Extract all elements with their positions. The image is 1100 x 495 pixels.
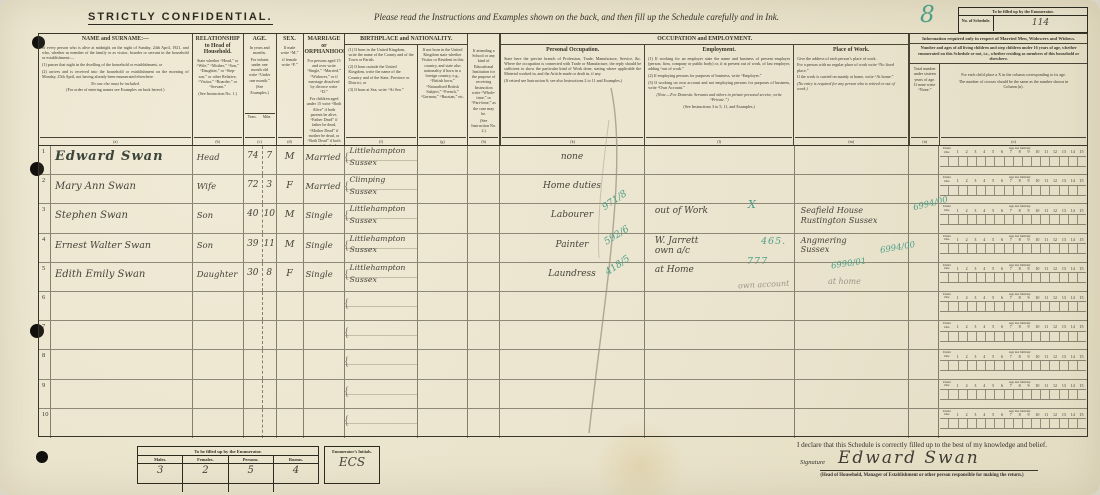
cell-birthplace: ClimpingSussex — [345, 175, 418, 203]
tally-value: 2 — [183, 464, 227, 476]
column-letter: (n) — [911, 137, 938, 145]
age-number: 8 — [1015, 179, 1024, 184]
age-tick-box — [968, 361, 977, 370]
age-tick-box — [1041, 302, 1050, 311]
cell-age — [244, 409, 277, 438]
age-number: 14 — [1068, 296, 1077, 301]
age-number: 9 — [1024, 179, 1033, 184]
cell-children-age-grid: Under One Age last birthday 123456789101… — [939, 380, 1087, 408]
age-number: 6 — [998, 209, 1007, 214]
column-header-sex: SEX. If male write “M,” if female write … — [277, 34, 304, 145]
age-tick-box — [949, 419, 958, 428]
row-number: 6 — [39, 292, 51, 320]
age-tick-box — [1078, 273, 1086, 282]
column-header-personal-occupation: Personal Occupation. State here the prec… — [501, 45, 645, 145]
age-number: 3 — [971, 267, 980, 272]
cell-place-of-work — [795, 380, 910, 408]
age-number: 6 — [998, 325, 1007, 330]
age-tick-box — [1050, 273, 1059, 282]
table-body: 1 Edward Swan Head 747 M Married Littleh… — [39, 146, 1087, 436]
age-tick-box — [1023, 302, 1032, 311]
age-number: 1 — [953, 384, 962, 389]
age-number-row: 123456789101112131415 — [953, 296, 1086, 301]
age-tick-box — [977, 361, 986, 370]
table-row: 4 Ernest Walter Swan Son 3911 M Single L… — [39, 234, 1087, 263]
age-number: 1 — [953, 238, 962, 243]
age-number: 10 — [1033, 179, 1042, 184]
age-tick-boxes — [940, 360, 1086, 371]
cell-marriage: Single — [304, 234, 346, 262]
age-number: 5 — [989, 209, 998, 214]
age-number: 12 — [1051, 179, 1060, 184]
age-tick-box — [1032, 361, 1041, 370]
tally-value: 5 — [229, 464, 273, 476]
cell-relationship: Head — [193, 146, 244, 174]
age-tick-box — [949, 302, 958, 311]
cell-place-of-work: Seafield HouseRustington Sussex — [795, 204, 910, 232]
age-tick-box — [949, 273, 958, 282]
age-number: 10 — [1033, 413, 1042, 418]
age-number: 15 — [1077, 384, 1086, 389]
age-tick-box — [995, 244, 1004, 253]
age-number: 9 — [1024, 238, 1033, 243]
column-letter: (a) — [40, 137, 191, 145]
age-number: 9 — [1024, 355, 1033, 360]
age-number: 4 — [980, 150, 989, 155]
cell-relationship — [193, 380, 244, 408]
age-tick-box — [1060, 361, 1069, 370]
age-tick-box — [1069, 361, 1078, 370]
age-tick-box — [1060, 273, 1069, 282]
cell-birthplace — [345, 292, 418, 320]
under-one-label: Under One — [940, 410, 953, 418]
age-number: 2 — [962, 209, 971, 214]
column-header-school: If attending a School or any kind of Edu… — [468, 34, 500, 145]
column-header-relationship: RELATIONSHIP to Head of Household. State… — [193, 34, 244, 145]
age-number: 3 — [971, 150, 980, 155]
cell-name: Mary Ann Swan — [51, 175, 193, 203]
cell-marriage — [304, 409, 346, 438]
age-number: 14 — [1068, 413, 1077, 418]
age-number: 6 — [998, 296, 1007, 301]
enumerator-tally-box: To be filled up by the Enumerator. Males… — [137, 446, 319, 484]
age-tick-box — [1069, 273, 1078, 282]
age-tick-box — [1005, 186, 1014, 195]
age-number: 7 — [1006, 209, 1015, 214]
age-tick-box — [1023, 273, 1032, 282]
under-one-label: Under One — [940, 293, 953, 301]
age-tick-box — [959, 186, 968, 195]
age-tick-box — [940, 215, 949, 224]
age-tick-box — [977, 244, 986, 253]
age-number: 4 — [980, 384, 989, 389]
tally-label: Females. — [183, 456, 227, 464]
age-number: 12 — [1051, 267, 1060, 272]
age-tick-box — [1005, 302, 1014, 311]
age-number: 8 — [1015, 413, 1024, 418]
cell-name: Stephen Swan — [51, 204, 193, 232]
table-row: 5 Edith Emily Swan Daughter 308 F Single… — [39, 263, 1087, 292]
age-tick-box — [1023, 186, 1032, 195]
age-tick-boxes — [940, 214, 1086, 225]
age-number-row: 123456789101112131415 — [953, 209, 1086, 214]
column-letter: (g) — [419, 137, 467, 145]
confidential-heading: STRICTLY CONFIDENTIAL. — [88, 11, 273, 25]
under-one-label: Under One — [940, 147, 953, 155]
tally-label: Rooms. — [274, 456, 318, 464]
initials-label: Enumerator’s Initials. — [325, 447, 379, 455]
column-header-employment: Employment. (1) If working for an employ… — [645, 45, 794, 145]
cell-marriage — [304, 292, 346, 320]
cell-marriage: Married — [304, 175, 346, 203]
age-tick-box — [1078, 361, 1086, 370]
age-tick-box — [959, 302, 968, 311]
age-tick-box — [959, 419, 968, 428]
cell-total-children — [909, 292, 939, 320]
age-number: 7 — [1006, 267, 1015, 272]
age-number: 10 — [1033, 150, 1042, 155]
age-number: 1 — [953, 179, 962, 184]
age-number: 5 — [989, 179, 998, 184]
age-tick-box — [1078, 215, 1086, 224]
age-tick-box — [1041, 273, 1050, 282]
cell-age — [244, 321, 277, 349]
age-number: 4 — [980, 209, 989, 214]
census-table: NAME and SURNAME:— of every person who i… — [38, 33, 1088, 437]
age-number: 14 — [1068, 179, 1077, 184]
under-one-label: Under One — [940, 322, 953, 330]
age-tick-box — [1069, 186, 1078, 195]
cell-marriage — [304, 321, 346, 349]
cell-sex — [277, 380, 304, 408]
age-tick-box — [1050, 390, 1059, 399]
age-tick-box — [1041, 390, 1050, 399]
age-number: 1 — [953, 267, 962, 272]
age-tick-box — [1069, 157, 1078, 166]
cell-employment — [645, 292, 795, 320]
age-tick-box — [1041, 332, 1050, 341]
cell-sex — [277, 350, 304, 378]
cell-employment — [645, 175, 795, 203]
age-number: 10 — [1033, 325, 1042, 330]
age-number: 7 — [1006, 384, 1015, 389]
age-tick-box — [1032, 244, 1041, 253]
enumerator-box-title: To be filled up by the Enumerator. — [138, 447, 318, 456]
age-number: 15 — [1077, 150, 1086, 155]
cell-relationship — [193, 350, 244, 378]
age-number: 12 — [1051, 384, 1060, 389]
age-tick-box — [959, 273, 968, 282]
cell-relationship — [193, 292, 244, 320]
age-tick-box — [1041, 157, 1050, 166]
table-row: 9 Under One Age last birthday 1234567891… — [39, 380, 1087, 409]
cell-total-children — [909, 350, 939, 378]
age-number: 14 — [1068, 325, 1077, 330]
table-row: 6 Under One Age last birthday 1234567891… — [39, 292, 1087, 321]
age-tick-box — [1060, 157, 1069, 166]
age-number: 11 — [1042, 179, 1051, 184]
age-number: 13 — [1059, 413, 1068, 418]
under-one-label: Under One — [940, 235, 953, 243]
schedule-number-value: 114 — [994, 16, 1087, 31]
age-number: 4 — [980, 296, 989, 301]
table-header: NAME and SURNAME:— of every person who i… — [39, 34, 1087, 146]
cell-employment — [645, 350, 795, 378]
cell-birthplace — [345, 321, 418, 349]
cell-nationality — [418, 409, 468, 438]
age-tick-box — [977, 302, 986, 311]
age-number: 11 — [1042, 150, 1051, 155]
age-number: 9 — [1024, 209, 1033, 214]
tally-value: 3 — [138, 464, 182, 476]
age-tick-box — [986, 273, 995, 282]
census-schedule-page: STRICTLY CONFIDENTIAL. Please read the I… — [0, 0, 1100, 495]
cell-children-age-grid: Under One Age last birthday 123456789101… — [939, 204, 1087, 232]
cell-name — [51, 292, 193, 320]
cell-school — [468, 350, 500, 378]
under-one-label: Under One — [940, 381, 953, 389]
tally-columns: Males.3Females.2Persons.5Rooms.4 — [138, 456, 318, 492]
age-tick-box — [1078, 332, 1086, 341]
cell-school — [468, 409, 500, 438]
age-tick-box — [1014, 157, 1023, 166]
cell-marriage: Single — [304, 263, 346, 291]
age-number: 9 — [1024, 413, 1033, 418]
age-tick-box — [949, 157, 958, 166]
cell-birthplace — [345, 350, 418, 378]
age-number: 13 — [1059, 150, 1068, 155]
age-number: 11 — [1042, 413, 1051, 418]
cell-age: 4010 — [244, 204, 277, 232]
column-header-total-children: Total number under sixteen years of age.… — [910, 64, 940, 145]
cell-occupation — [500, 380, 645, 408]
cell-age — [244, 350, 277, 378]
age-number: 3 — [971, 413, 980, 418]
age-number: 15 — [1077, 296, 1086, 301]
age-number: 13 — [1059, 384, 1068, 389]
age-number: 5 — [989, 238, 998, 243]
age-tick-box — [986, 332, 995, 341]
age-number: 8 — [1015, 267, 1024, 272]
age-tick-box — [1005, 390, 1014, 399]
age-tick-box — [1023, 361, 1032, 370]
age-tick-box — [1078, 244, 1086, 253]
age-number: 9 — [1024, 325, 1033, 330]
age-tick-box — [1069, 332, 1078, 341]
age-tick-box — [1050, 419, 1059, 428]
age-tick-box — [968, 273, 977, 282]
age-number: 11 — [1042, 384, 1051, 389]
age-number: 7 — [1006, 355, 1015, 360]
table-row: 8 Under One Age last birthday 1234567891… — [39, 350, 1087, 379]
column-letter: (h) — [469, 137, 498, 145]
cell-children-age-grid: Under One Age last birthday 123456789101… — [939, 263, 1087, 291]
cell-sex — [277, 292, 304, 320]
age-number: 3 — [971, 209, 980, 214]
age-tick-box — [1041, 419, 1050, 428]
age-number: 1 — [953, 209, 962, 214]
initials-value: ECS — [325, 455, 379, 469]
cell-school — [468, 234, 500, 262]
signature-value: Edward Swan — [838, 448, 980, 468]
age-tick-box — [1050, 244, 1059, 253]
age-number: 1 — [953, 325, 962, 330]
age-number: 5 — [989, 296, 998, 301]
age-number: 13 — [1059, 267, 1068, 272]
row-number: 9 — [39, 380, 51, 408]
cell-birthplace: LittlehamptonSussex — [345, 146, 418, 174]
age-tick-box — [1050, 157, 1059, 166]
age-tick-box — [1005, 244, 1014, 253]
age-number: 7 — [1006, 150, 1015, 155]
age-number: 11 — [1042, 296, 1051, 301]
age-tick-box — [1014, 244, 1023, 253]
age-number: 10 — [1033, 267, 1042, 272]
cell-sex: F — [277, 263, 304, 291]
age-tick-box — [959, 215, 968, 224]
age-tick-box — [1041, 215, 1050, 224]
employment-check-mark: X — [748, 198, 756, 211]
cell-school — [468, 204, 500, 232]
cell-school — [468, 292, 500, 320]
months-sublabel: Mths. — [260, 114, 275, 120]
age-tick-box — [1005, 273, 1014, 282]
age-tick-box — [968, 419, 977, 428]
enumerator-initials-box: Enumerator’s Initials. ECS — [324, 446, 380, 484]
tally-value: 4 — [274, 464, 318, 476]
cell-occupation — [500, 321, 645, 349]
age-tick-box — [959, 157, 968, 166]
cell-occupation — [500, 409, 645, 438]
age-tick-box — [1014, 419, 1023, 428]
cell-occupation: none — [500, 146, 645, 174]
age-number: 6 — [998, 238, 1007, 243]
row-number: 8 — [39, 350, 51, 378]
age-tick-box — [1041, 244, 1050, 253]
cell-nationality — [418, 292, 468, 320]
column-group-occupation: OCCUPATION and EMPLOYMENT. Personal Occu… — [500, 34, 909, 145]
age-tick-box — [1023, 419, 1032, 428]
cell-occupation — [500, 350, 645, 378]
tally-column: Males.3 — [138, 456, 183, 492]
age-tick-box — [1078, 390, 1086, 399]
column-header-children-ages: For each child place a X in the column c… — [940, 64, 1087, 145]
age-number: 9 — [1024, 384, 1033, 389]
age-tick-box — [1014, 390, 1023, 399]
table-row: 1 Edward Swan Head 747 M Married Littleh… — [39, 146, 1087, 175]
age-number: 7 — [1006, 238, 1015, 243]
column-group-birthplace: BIRTHPLACE and NATIONALITY. (1) If born … — [345, 34, 468, 145]
age-tick-box — [968, 215, 977, 224]
age-tick-box — [1005, 332, 1014, 341]
age-tick-boxes — [940, 301, 1086, 312]
age-tick-box — [1078, 157, 1086, 166]
age-tick-box — [1060, 390, 1069, 399]
cell-name — [51, 321, 193, 349]
column-header-nationality: If not born in the United Kingdom state … — [418, 45, 468, 145]
cell-relationship: Daughter — [193, 263, 244, 291]
age-number: 12 — [1051, 238, 1060, 243]
age-tick-box — [995, 419, 1004, 428]
cell-nationality — [418, 146, 468, 174]
age-tick-boxes — [940, 185, 1086, 196]
age-number: 8 — [1015, 150, 1024, 155]
age-number: 6 — [998, 355, 1007, 360]
table-row: 7 Under One Age last birthday 1234567891… — [39, 321, 1087, 350]
cell-school — [468, 175, 500, 203]
cell-nationality — [418, 321, 468, 349]
age-number: 14 — [1068, 238, 1077, 243]
cell-nationality — [418, 175, 468, 203]
age-tick-box — [949, 215, 958, 224]
age-number: 12 — [1051, 150, 1060, 155]
cell-marriage — [304, 380, 346, 408]
age-tick-box — [1050, 186, 1059, 195]
age-number: 7 — [1006, 179, 1015, 184]
age-number: 6 — [998, 267, 1007, 272]
cell-nationality — [418, 263, 468, 291]
handwritten-corner-mark: 8 — [920, 2, 935, 28]
cell-marriage: Married — [304, 146, 346, 174]
row-number: 4 — [39, 234, 51, 262]
age-number: 11 — [1042, 209, 1051, 214]
signature-note: (Head of Household, Manager of Establish… — [788, 473, 1056, 478]
age-tick-box — [1014, 361, 1023, 370]
age-number: 13 — [1059, 355, 1068, 360]
age-number: 2 — [962, 355, 971, 360]
age-number: 13 — [1059, 296, 1068, 301]
age-number: 15 — [1077, 355, 1086, 360]
age-tick-box — [1032, 390, 1041, 399]
age-number-row: 123456789101112131415 — [953, 384, 1086, 389]
cell-place-of-work — [795, 146, 910, 174]
cell-children-age-grid: Under One Age last birthday 123456789101… — [939, 350, 1087, 378]
age-tick-box — [1014, 302, 1023, 311]
age-tick-box — [995, 215, 1004, 224]
age-tick-box — [940, 302, 949, 311]
punch-hole-icon — [36, 451, 48, 463]
age-tick-box — [1005, 215, 1014, 224]
column-letter: (f) — [346, 137, 415, 145]
cell-place-of-work — [795, 292, 910, 320]
cell-nationality — [418, 350, 468, 378]
age-number: 15 — [1077, 238, 1086, 243]
cell-marriage: Single — [304, 204, 346, 232]
age-tick-box — [968, 157, 977, 166]
age-tick-boxes — [940, 418, 1086, 429]
age-tick-box — [995, 302, 1004, 311]
age-number: 11 — [1042, 267, 1051, 272]
cell-children-age-grid: Under One Age last birthday 123456789101… — [939, 321, 1087, 349]
cell-nationality — [418, 380, 468, 408]
age-tick-box — [1060, 186, 1069, 195]
age-number: 13 — [1059, 238, 1068, 243]
age-number: 6 — [998, 150, 1007, 155]
age-number: 13 — [1059, 325, 1068, 330]
age-tick-box — [1069, 244, 1078, 253]
cell-nationality — [418, 204, 468, 232]
cell-nationality — [418, 234, 468, 262]
age-number: 5 — [989, 150, 998, 155]
age-tick-box — [1060, 215, 1069, 224]
age-tick-box — [968, 332, 977, 341]
age-number: 14 — [1068, 209, 1077, 214]
age-number: 4 — [980, 267, 989, 272]
age-tick-box — [1014, 186, 1023, 195]
schedule-number-box: To be filled up by the Enumerator. No. o… — [958, 7, 1088, 33]
age-number-row: 123456789101112131415 — [953, 355, 1086, 360]
column-letter: (c) — [245, 137, 275, 145]
